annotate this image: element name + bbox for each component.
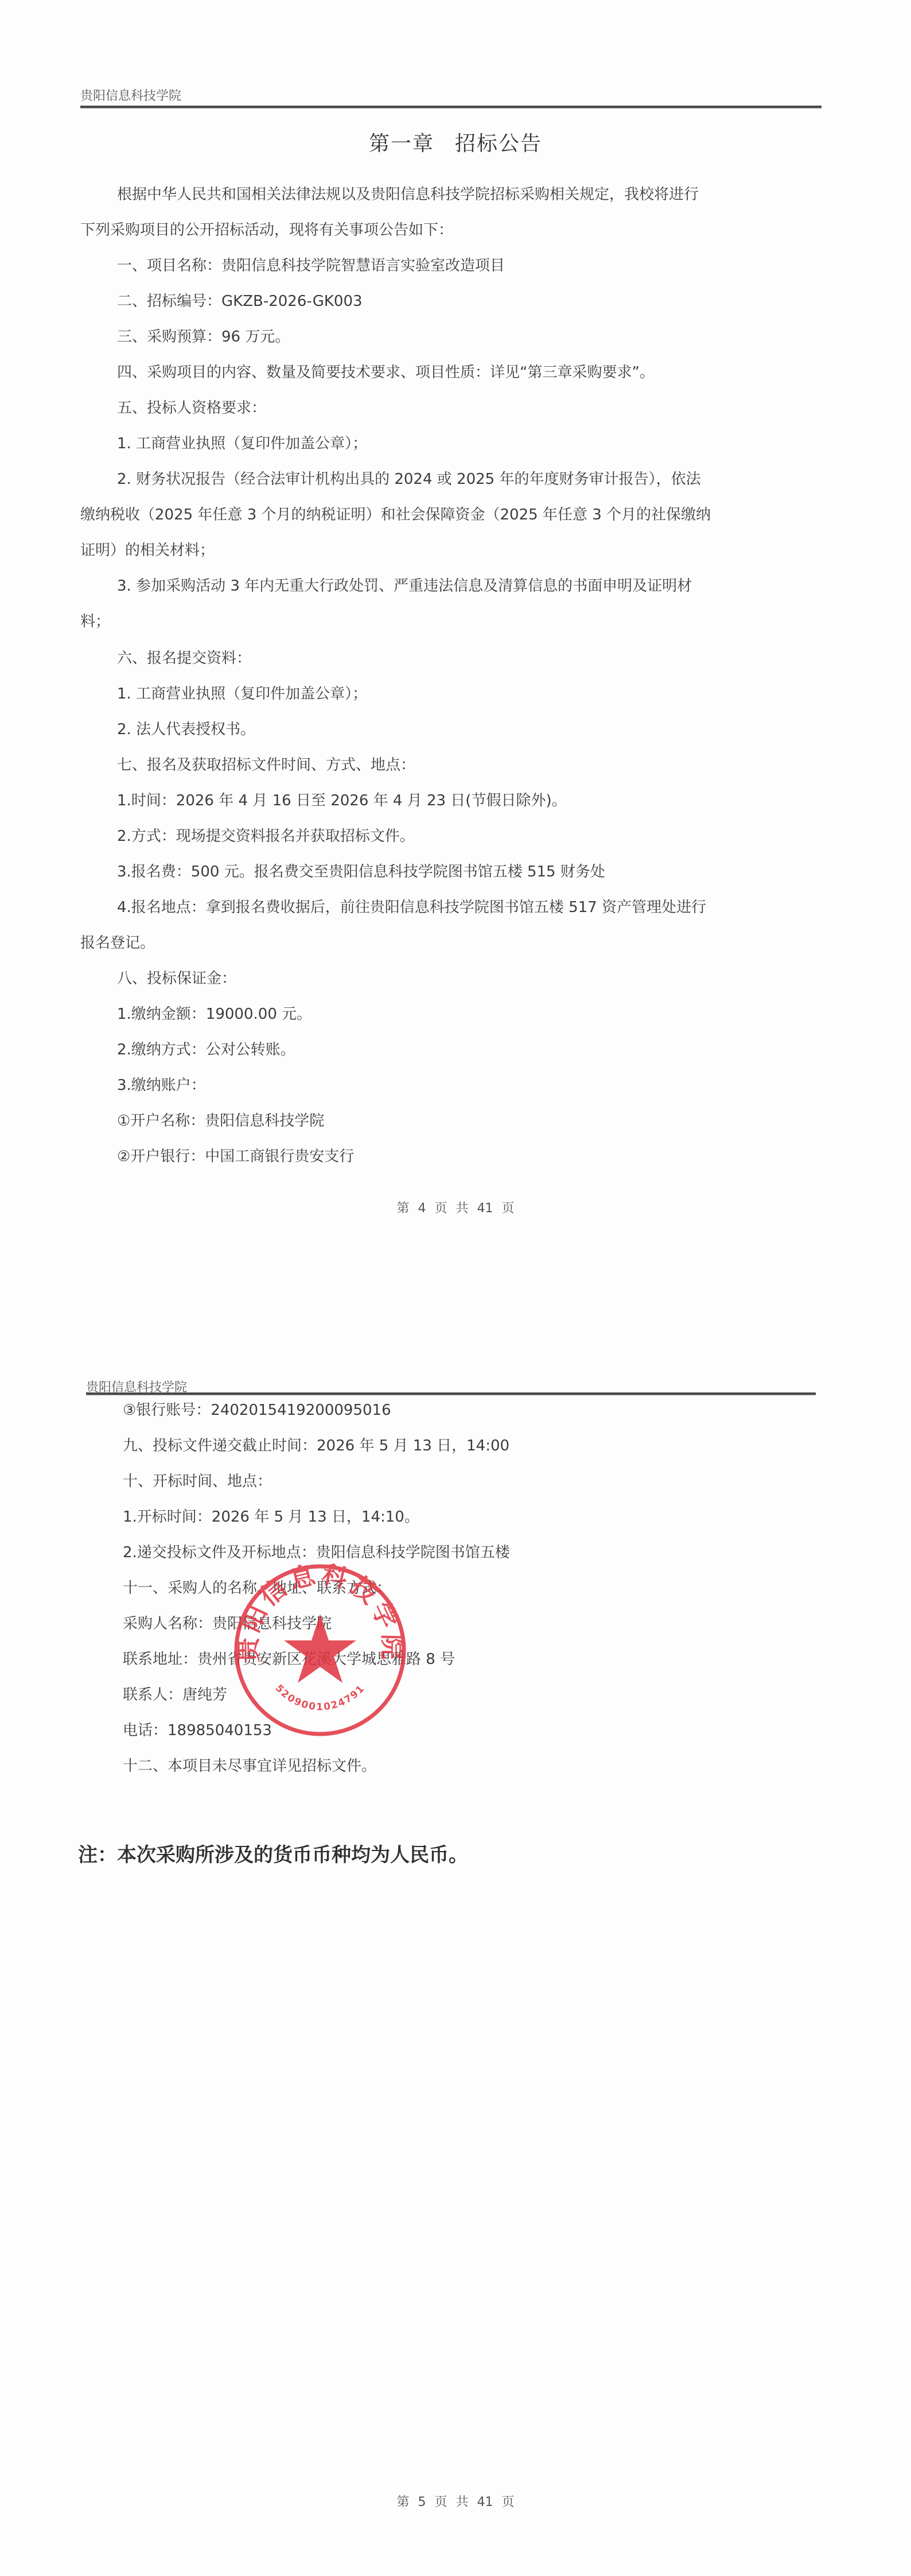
- section-other-matters: 十二、本项目未尽事宜详见招标文件。: [123, 1754, 376, 1775]
- qualification-item-2-line-2: 缴纳税收（2025 年任意 3 个月的纳税证明）和社会保障资金（2025 年任意…: [80, 503, 711, 524]
- bid-opening-time: 1.开标时间：2026 年 5 月 13 日，14:10。: [123, 1505, 419, 1526]
- deposit-amount: 1.缴纳金额：19000.00 元。: [117, 1002, 312, 1023]
- registration-time: 1.时间：2026 年 4 月 16 日至 2026 年 4 月 23 日(节假…: [117, 789, 567, 810]
- qualification-item-2-line-3: 证明）的相关材料；: [80, 538, 215, 560]
- deposit-method: 2.缴纳方式：公对公转账。: [117, 1038, 295, 1059]
- section-project-name: 一、项目名称：贵阳信息科技学院智慧语言实验室改造项目: [117, 254, 505, 275]
- section-bid-opening: 十、开标时间、地点：: [123, 1469, 272, 1491]
- registration-material-2: 2. 法人代表授权书。: [117, 717, 255, 739]
- deposit-account-name: ①开户名称：贵阳信息科技学院: [117, 1109, 324, 1130]
- section-budget: 三、采购预算：96 万元。: [117, 325, 290, 346]
- registration-material-1: 1. 工商营业执照（复印件加盖公章）；: [117, 682, 367, 703]
- qualification-item-3-line-1: 3. 参加采购活动 3 年内无重大行政处罚、严重违法信息及清算信息的书面申明及证…: [117, 574, 692, 595]
- qualification-item-1: 1. 工商营业执照（复印件加盖公章）；: [117, 432, 367, 453]
- seal-star-icon: [284, 1614, 356, 1683]
- page-footer: 第 5 页 共 41 页: [0, 2492, 911, 2510]
- chapter-title: 第一章招标公告: [0, 127, 911, 157]
- purchaser-contact-person: 联系人：唐纯芳: [123, 1683, 227, 1704]
- section-registration-info: 七、报名及获取招标文件时间、方式、地点：: [117, 753, 415, 774]
- section-bid-deadline: 九、投标文件递交截止时间：2026 年 5 月 13 日，14:00: [123, 1434, 509, 1455]
- chapter-name: 招标公告: [455, 132, 542, 156]
- qualification-item-2-line-1: 2. 财务状况报告（经合法审计机构出具的 2024 或 2025 年的年度财务审…: [117, 467, 700, 488]
- svg-text:5209001024791: 5209001024791: [273, 1682, 368, 1713]
- section-content: 四、采购项目的内容、数量及简要技术要求、项目性质：详见“第三章采购要求”。: [117, 360, 655, 382]
- document-page-4: 贵阳信息科技学院 第一章招标公告 根据中华人民共和国相关法律法规以及贵阳信息科技…: [0, 0, 911, 1280]
- page-footer: 第 4 页 共 41 页: [0, 1198, 911, 1216]
- registration-location-line-1: 4.报名地点：拿到报名费收据后，前往贵阳信息科技学院图书馆五楼 517 资产管理…: [117, 895, 706, 917]
- deposit-account-number: ③银行账号：2402015419200095016: [123, 1398, 391, 1419]
- section-tender-number: 二、招标编号：GKZB-2026-GK003: [117, 289, 363, 311]
- bid-opening-location: 2.递交投标文件及开标地点：贵阳信息科技学院图书馆五楼: [123, 1541, 510, 1562]
- section-registration-materials: 六、报名提交资料：: [117, 646, 251, 668]
- registration-method: 2.方式：现场提交资料报名并获取招标文件。: [117, 824, 415, 845]
- registration-location-line-2: 报名登记。: [80, 931, 155, 952]
- currency-note: 注：本次采购所涉及的货币币种均为人民币。: [78, 1839, 468, 1867]
- page-header: 贵阳信息科技学院: [80, 86, 181, 104]
- section-qualification: 五、投标人资格要求：: [117, 396, 266, 417]
- section-deposit: 八、投标保证金：: [117, 967, 236, 988]
- official-seal-stamp: 贵阳信息科技学院 5209001024791: [231, 1561, 409, 1739]
- registration-fee: 3.报名费：500 元。报名费交至贵阳信息科技学院图书馆五楼 515 财务处: [117, 860, 605, 881]
- chapter-number: 第一章: [369, 132, 434, 156]
- intro-line-1: 根据中华人民共和国相关法律法规以及贵阳信息科技学院招标采购相关规定，我校将进行: [117, 183, 699, 204]
- intro-line-2: 下列采购项目的公开招标活动，现将有关事项公告如下：: [80, 218, 453, 239]
- header-rule: [86, 1392, 816, 1395]
- qualification-item-3-line-2: 料；: [80, 610, 110, 631]
- header-rule: [80, 106, 822, 108]
- deposit-account-bank: ②开户银行：中国工商银行贵安支行: [117, 1145, 354, 1166]
- deposit-account: 3.缴纳账户：: [117, 1073, 206, 1095]
